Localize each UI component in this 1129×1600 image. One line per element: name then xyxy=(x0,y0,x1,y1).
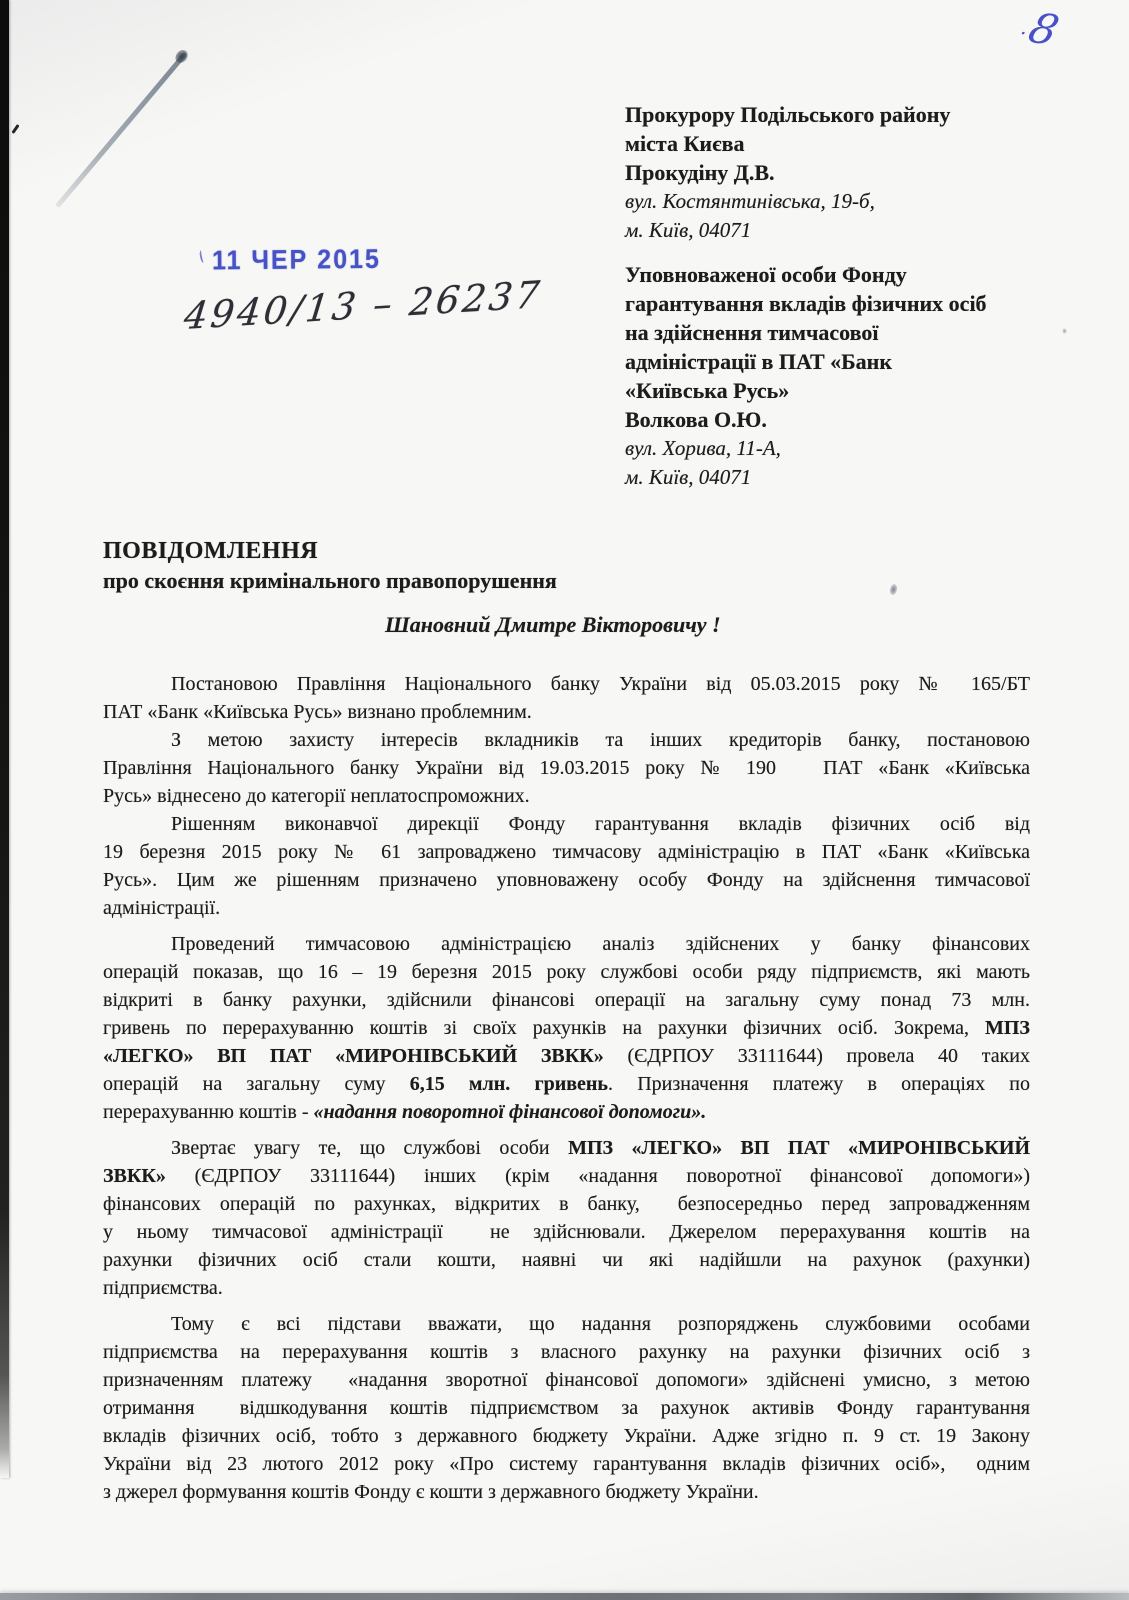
body-line: відкриті в банку рахунки, здійснили фіна… xyxy=(103,986,1030,1014)
paragraph: Постановою Правління Національного банку… xyxy=(103,670,1030,726)
text-segment: ПАТ «Банк «Київська Русь» визнано пробле… xyxy=(103,701,532,723)
address-line: Прокурору Подільського району xyxy=(625,100,950,129)
scan-speck xyxy=(1062,328,1067,334)
text-segment: операцій показав, що 16 – 19 березня 201… xyxy=(103,961,1030,983)
text-segment: Звертає увагу те, що службові особи xyxy=(171,1137,568,1159)
text-segment: з джерел формування коштів Фонду є кошти… xyxy=(103,1481,759,1503)
text-segment: України від 23 лютого 2012 року «Про сис… xyxy=(103,1453,1030,1475)
body-line: Рішенням виконавчої дирекції Фонду гаран… xyxy=(103,810,1030,838)
scan-edge-strip xyxy=(0,0,9,1478)
body-line: гривень по перерахуванню коштів зі своїх… xyxy=(103,1014,1030,1042)
salutation: Шановний Дмитре Вікторовичу ! xyxy=(385,612,721,638)
body-line: Русь» віднесено до категорії неплатоспро… xyxy=(103,782,1030,810)
address-line: «Київська Русь» xyxy=(625,376,987,405)
body-line: Постановою Правління Національного банку… xyxy=(103,670,1030,698)
body-line: ПАТ «Банк «Київська Русь» визнано пробле… xyxy=(103,698,1030,726)
text-segment: Тому є всі підстави вважати, що надання … xyxy=(171,1313,1030,1335)
body-line: України від 23 лютого 2012 року «Про сис… xyxy=(103,1450,1030,1478)
paragraph: Звертає увагу те, що службові особи МПЗ … xyxy=(103,1134,1030,1302)
body-line: Правління Національного банку України ві… xyxy=(103,754,1030,782)
body-line: рахунки фізичних осіб стали кошти, наявн… xyxy=(103,1246,1030,1274)
text-segment: рахунки фізичних осіб стали кошти, наявн… xyxy=(103,1249,1030,1271)
bottom-scan-strip xyxy=(0,1593,1129,1600)
paragraph: Тому є всі підстави вважати, що надання … xyxy=(103,1310,1030,1506)
text-segment: Правління Національного банку України ві… xyxy=(103,757,1030,779)
body-line: Тому є всі підстави вважати, що надання … xyxy=(103,1310,1030,1338)
text-segment: Русь». Цим же рішенням призначено уповно… xyxy=(103,869,1030,891)
text-segment: у ньому тимчасової адміністрації не здій… xyxy=(103,1221,1030,1243)
address-line: м. Київ, 04071 xyxy=(625,216,950,245)
handwritten-registration-number: 4940/13 – 26237 xyxy=(182,273,545,338)
body-line: 19 березня 2015 року № 61 запроваджено т… xyxy=(103,838,1030,866)
body-line: «ЛЕГКО» ВП ПАТ «МИРОНІВСЬКИЙ ЗВКК» (ЄДРП… xyxy=(103,1042,1030,1070)
handwritten-page-number: .8 xyxy=(1016,6,1065,53)
text-segment: вкладів фізичних осіб, тобто з державног… xyxy=(103,1425,1030,1447)
text-segment: підприємства. xyxy=(103,1277,223,1299)
text-segment: призначенням платежу «надання зворотної … xyxy=(103,1369,1030,1391)
date-stamp: 11 ЧЕР 2015 xyxy=(212,244,381,277)
text-segment: 19 березня 2015 року № 61 запроваджено т… xyxy=(103,841,1030,863)
text-segment: адміністрації. xyxy=(103,897,220,919)
text-segment: (ЄДРПОУ 33111644) провела 40 таких xyxy=(604,1045,1030,1067)
text-segment: «надання поворотної фінансової допомоги»… xyxy=(313,1101,706,1123)
body-line: операцій показав, що 16 – 19 березня 201… xyxy=(103,958,1030,986)
paragraph: Рішенням виконавчої дирекції Фонду гаран… xyxy=(103,810,1030,922)
text-segment: отримання відшкодування коштів підприємс… xyxy=(103,1397,1030,1419)
document-title: ПОВІДОМЛЕННЯ xyxy=(103,536,557,566)
paragraph: Проведений тимчасовою адміністрацією ана… xyxy=(103,930,1030,1126)
body-line: перерахуванню коштів - «надання поворотн… xyxy=(103,1098,1030,1126)
paragraph: З метою захисту інтересів вкладників та … xyxy=(103,726,1030,810)
body-line: у ньому тимчасової адміністрації не здій… xyxy=(103,1218,1030,1246)
text-segment: операцій на загальну суму xyxy=(103,1073,410,1095)
text-segment: 6,15 млн. гривень xyxy=(410,1073,608,1095)
address-line: м. Київ, 04071 xyxy=(625,463,987,492)
address-line: вул. Костянтинівська, 19-б, xyxy=(625,187,950,216)
body-line: вкладів фізичних осіб, тобто з державног… xyxy=(103,1422,1030,1450)
body-line: Проведений тимчасовою адміністрацією ана… xyxy=(103,930,1030,958)
text-segment: Проведений тимчасовою адміністрацією ана… xyxy=(171,933,1030,955)
scanned-letter-page: .8 Прокурору Подільського районуміста Ки… xyxy=(0,0,1129,1600)
text-segment: «ЛЕГКО» ВП ПАТ «МИРОНІВСЬКИЙ ЗВКК» xyxy=(103,1045,604,1067)
recipient-block-primary: Прокурору Подільського районуміста Києва… xyxy=(625,100,950,245)
pencil-stroke-mark xyxy=(55,52,187,208)
text-segment: відкриті в банку рахунки, здійснили фіна… xyxy=(103,989,1030,1011)
address-line: адміністрації в ПАТ «Банк xyxy=(625,347,987,376)
title-block: ПОВІДОМЛЕННЯ про скоєння кримінального п… xyxy=(103,536,557,596)
document-subtitle: про скоєння кримінального правопорушення xyxy=(103,566,557,596)
body-line: підприємства. xyxy=(103,1274,1030,1302)
address-line: Волкова О.Ю. xyxy=(625,405,987,434)
body-line: Звертає увагу те, що службові особи МПЗ … xyxy=(103,1134,1030,1162)
text-segment: . Призначення платежу в операціях по xyxy=(608,1073,1030,1095)
address-line: на здійснення тимчасової xyxy=(625,318,987,347)
body-line: підприємства на перерахування коштів з в… xyxy=(103,1338,1030,1366)
address-line: Уповноваженої особи Фонду xyxy=(625,260,987,289)
body-line: адміністрації. xyxy=(103,894,1030,922)
body-line: Русь». Цим же рішенням призначено уповно… xyxy=(103,866,1030,894)
body-line: з джерел формування коштів Фонду є кошти… xyxy=(103,1478,1030,1506)
scan-speck xyxy=(889,583,898,595)
body-line: фінансових операцій по рахунках, відкрит… xyxy=(103,1190,1030,1218)
text-segment: (ЄДРПОУ 33111644) інших (крім «надання п… xyxy=(166,1165,1030,1187)
address-line: міста Києва xyxy=(625,129,950,158)
body-line: призначенням платежу «надання зворотної … xyxy=(103,1366,1030,1394)
address-line: вул. Хорива, 11-А, xyxy=(625,434,987,463)
text-segment: МПЗ xyxy=(985,1017,1030,1039)
text-segment: підприємства на перерахування коштів з в… xyxy=(103,1341,1030,1363)
text-segment: перерахуванню коштів - xyxy=(103,1101,313,1123)
scan-tick-mark xyxy=(11,124,19,134)
text-segment: З метою захисту інтересів вкладників та … xyxy=(171,729,1030,751)
text-segment: МПЗ «ЛЕГКО» ВП ПАТ «МИРОНІВСЬКИЙ xyxy=(568,1137,1030,1159)
document-body: Постановою Правління Національного банку… xyxy=(103,670,1030,1506)
body-line: отримання відшкодування коштів підприємс… xyxy=(103,1394,1030,1422)
body-line: ЗВКК» (ЄДРПОУ 33111644) інших (крім «над… xyxy=(103,1162,1030,1190)
text-segment: Рішенням виконавчої дирекції Фонду гаран… xyxy=(171,813,1030,835)
address-line: гарантування вкладів фізичних осіб xyxy=(625,289,987,318)
body-line: операцій на загальну суму 6,15 млн. грив… xyxy=(103,1070,1030,1098)
text-segment: гривень по перерахуванню коштів зі своїх… xyxy=(103,1017,985,1039)
address-line: Прокудіну Д.В. xyxy=(625,158,950,187)
text-segment: ЗВКК» xyxy=(103,1165,166,1187)
text-segment: фінансових операцій по рахунках, відкрит… xyxy=(103,1193,1030,1215)
text-segment: Русь» віднесено до категорії неплатоспро… xyxy=(103,785,530,807)
text-segment: Постановою Правління Національного банку… xyxy=(171,673,1030,695)
body-line: З метою захисту інтересів вкладників та … xyxy=(103,726,1030,754)
recipient-block-secondary: Уповноваженої особи Фондугарантування вк… xyxy=(625,260,987,492)
